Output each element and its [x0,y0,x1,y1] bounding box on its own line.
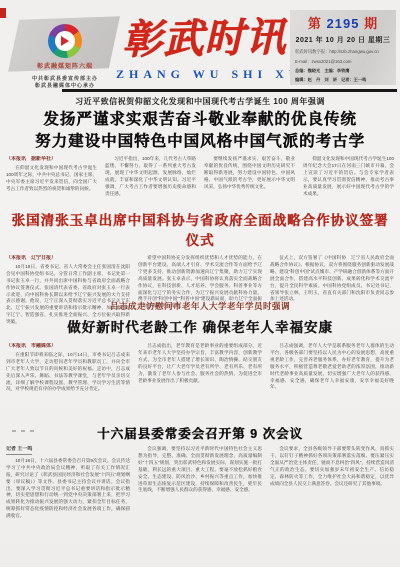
article2-headline: 张国清张玉卓出席中国科协与省政府全面战略合作协议签署仪式 [6,209,394,249]
article1-headline-line2: 努力建设中国特色中国风格中国气派的考古学 [6,132,394,151]
issue-number: 2195 [327,16,360,31]
article1-body: （本报讯 据新华社） 在仰韶文化发现和中国现代考古学诞生100周年之际，中共中央… [6,156,394,210]
staff-line-1: 总编：魏晓光 主编：李铁鹰 [292,68,394,74]
article3-kicker: 吕志成走访慰问市老年人大学老年学员时强调 [6,300,394,312]
issue-suffix: 期 [364,16,378,31]
organizer-line-1: 中共彰武县委宣传部主办 [10,76,120,83]
paper-title-pinyin: ZHANG WU SHI XUN [116,67,292,82]
article-county-committee-meeting: 十六届县委常委会召开第 9 次会议 记者 王一鸣 10月18日，十六届县委常委会… [6,424,394,550]
article4-headline-row: 十六届县委常委会召开第 9 次会议 [6,424,394,442]
article4-column-3: 会议要求，全县各级领导干部要带头转变作风、真抓实干，以钉钉子精神抓好各项决策部署… [270,446,394,550]
article4-body: 记者 王一鸣 10月18日，十六届县委常委会召开第9次会议。会议传达学习了中共中… [6,446,394,550]
article3-column-1: （本报讯 市融媒体） 在重阳节即将来临之际，10月14日，市委书记吕志成来到市老… [6,343,130,423]
article3-col3-text: 吕志成强调，老年人大学是联系服务老年人群体的生动平台，各级各部门要坚持以人民为中… [270,343,394,391]
masthead-divider-rule [62,89,397,92]
organizer-lines: 中共彰武县委宣传部主办 彰武县融媒体中心承办 [10,76,120,90]
article1-col4-text: 仰韶文化发现和中国现代考古学诞生100周年纪念大会17日在河南三门峡市开幕，会上… [303,156,394,197]
issue-info-block: 第 2195 期 2021 年 10 月 20 日 星期三 彰武时讯数字报：ht… [290,10,396,85]
article4-col3-text: 会议要求，全县各级领导干部要带头转变作风、真抓实干，以钉钉子精神抓好各项决策部署… [270,446,394,487]
article1-kicker: 习近平致信祝贺仰韶文化发现和中国现代考古学诞生 100 周年强调 [6,96,394,107]
article3-col2-text: 吕志成指出，老年教育是老龄事业的重要组成部分。近年来市老年人大学坚持办学宗旨，丰… [138,343,262,384]
article1-col2-text: 习近平指出，100年来，几代考古人筚路蓝缕、不懈努力，取得了一系列重大考古发现，… [105,156,196,197]
masthead: 彰武融媒矩阵六端 中共彰武县委宣传部主办 彰武县融媒体中心承办 彰武时讯 ZHA… [0,0,400,90]
logo-banner-text: 彰武融媒矩阵六端 [10,61,120,70]
article1-column-3: 要继续发扬严谨求实、艰苦奋斗、敬业奉献的优良传统，围绕中国文明历史研究不断取得新… [204,156,295,210]
margin-mark [12,430,38,432]
issue-prefix: 第 [308,16,322,31]
article1-headline-line1: 发扬严谨求实艰苦奋斗敬业奉献的优良传统 [6,110,394,129]
paper-title: 彰武时讯 [116,14,293,63]
article1-column-4: 仰韶文化发现和中国现代考古学诞生100周年纪念大会17日在河南三门峡市开幕，会上… [303,156,394,210]
newspaper-front-page: 彰武融媒矩阵六端 中共彰武县委宣传部主办 彰武县融媒体中心承办 彰武时讯 ZHA… [0,0,400,567]
article-xi-archaeology: 习近平致信祝贺仰韶文化发现和中国现代考古学诞生 100 周年强调 发扬严谨求实艰… [6,96,394,210]
issue-number-line: 第 2195 期 [292,13,394,32]
article4-col2-text: 会议强调，要坚持以习近平新时代中国特色社会主义思想为指导，完整、准确、全面贯彻新… [138,446,262,494]
article3-col1-text: 在重阳节即将来临之际，10月14日，市委书记吕志成来到市老年人大学，走访慰问老年… [6,352,130,393]
digital-edition-url: 彰武时讯数字报：http://szb.zhangwu.gov.cn [292,49,394,55]
article3-body: （本报讯 市融媒体） 在重阳节即将来临之际，10月14日，市委书记吕志成来到市老… [6,343,394,423]
publication-date: 2021 年 10 月 20 日 星期三 [292,35,394,45]
article1-col1-text: 在仰韶文化发现和中国现代考古学诞生100周年之际，中共中央总书记、国家主席、中央… [6,165,97,193]
article2-byline: （本报讯 辽宁日报） [6,255,130,262]
play-icon [61,36,69,46]
article1-col3-text: 要继续发扬严谨求实、艰苦奋斗、敬业奉献的优良传统，围绕中国文明历史研究不断取得新… [204,156,295,191]
paper-logo-block: 彰武融媒矩阵六端 中共彰武县委宣传部主办 彰武县融媒体中心承办 [10,24,120,90]
article3-byline: （本报讯 市融媒体） [6,343,130,350]
article1-column-1: （本报讯 据新华社） 在仰韶文化发现和中国现代考古学诞生100周年之际，中共中央… [6,156,97,210]
article2-col3-text: 仪式上，双方签署了《中国科协 辽宁省人民政府全面战略合作协议》。根据协议，双方将… [270,255,394,303]
article-elderly-university: 吕志成走访慰问市老年人大学老年学员时强调 做好新时代老龄工作 确保老年人幸福安康… [6,300,394,423]
article3-column-2: 吕志成指出，老年教育是老龄事业的重要组成部分。近年来市老年人大学坚持办学宗旨，丰… [138,343,262,423]
article4-headline: 十六届县委常委会召开第 9 次会议 [6,424,394,442]
media-matrix-logo-icon [48,24,82,58]
article4-column-2: 会议强调，要坚持以习近平新时代中国特色社会主义思想为指导，完整、准确、全面贯彻新… [138,446,262,550]
article4-column-1: 记者 王一鸣 10月18日，十六届县委常委会召开第9次会议。会议传达学习了中共中… [6,446,130,550]
paper-title-block: 彰武时讯 ZHANG WU SHI XUN [116,16,292,82]
email-line: E-mail：zwsx2021@163.com [292,59,394,65]
article3-headline: 做好新时代老龄工作 确保老年人幸福安康 [6,316,394,336]
article3-column-3: 吕志成强调，老年人大学是联系服务老年人群体的生动平台，各级各部门要坚持以人民为中… [270,343,394,423]
article4-byline: 记者 王一鸣 [6,446,32,455]
article1-byline: （本报讯 据新华社） [6,156,97,163]
article1-column-2: 习近平指出，100年来，几代考古人筚路蓝缕、不懈努力，取得了一系列重大考古发现，… [105,156,196,210]
staff-line-2: 编辑：赵 丹 刘 妍 记者：王一鸣 [292,77,394,83]
article4-col1-text: 10月18日，十六届县委常委会召开第9次会议。会议传达学习了中共中央政治局会议精… [6,458,130,520]
